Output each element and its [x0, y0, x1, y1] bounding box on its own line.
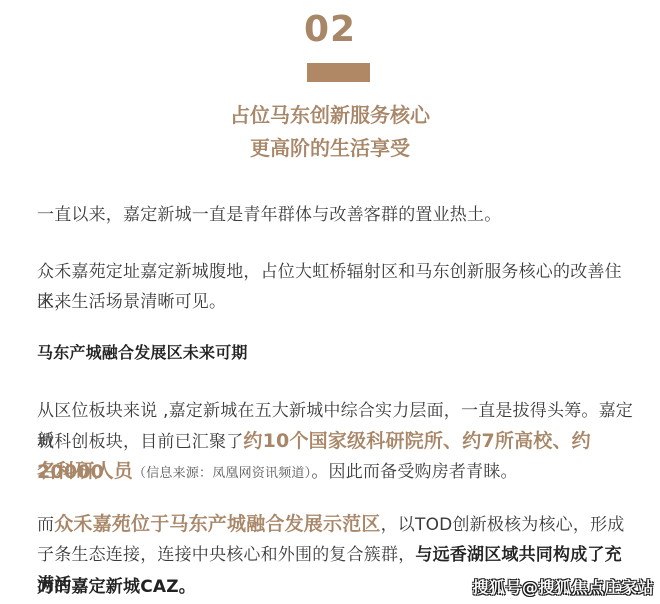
- section-title-line1: 占位马东创新服务核心: [0, 100, 660, 130]
- source-note: （信息来源：凤凰网资讯频道）: [133, 466, 311, 481]
- text-plain: 而: [37, 515, 54, 535]
- text-highlight: 名科研人员: [37, 460, 133, 482]
- section-number: 02: [0, 8, 660, 52]
- text-highlight: 众禾嘉苑位于马东产城融合发展示范区: [54, 513, 380, 535]
- paragraph-intro: 一直以来，嘉定新城一直是青年群体与改善客群的置业热土。: [37, 200, 637, 230]
- text-plain: 。因此而备受购房者青睐。: [311, 462, 517, 482]
- paragraph-location-line2: 未来生活场景清晰可见。: [37, 287, 637, 317]
- text-plain: 一条生态连接，连接中央核心和外围的复合簇群，: [37, 545, 415, 565]
- text-plain: 城科创板块，目前已汇聚了: [37, 432, 243, 452]
- watermark: 搜狐号@搜狐焦点庄家站: [472, 575, 654, 598]
- section-title-line2: 更高阶的生活享受: [0, 133, 660, 163]
- subheading: 马东产城融合发展区未来可期: [37, 338, 637, 368]
- paragraph-district-line3: 名科研人员（信息来源：凤凰网资讯频道）。因此而备受购房者青睐。: [37, 456, 637, 489]
- section-divider-bar: [307, 63, 370, 82]
